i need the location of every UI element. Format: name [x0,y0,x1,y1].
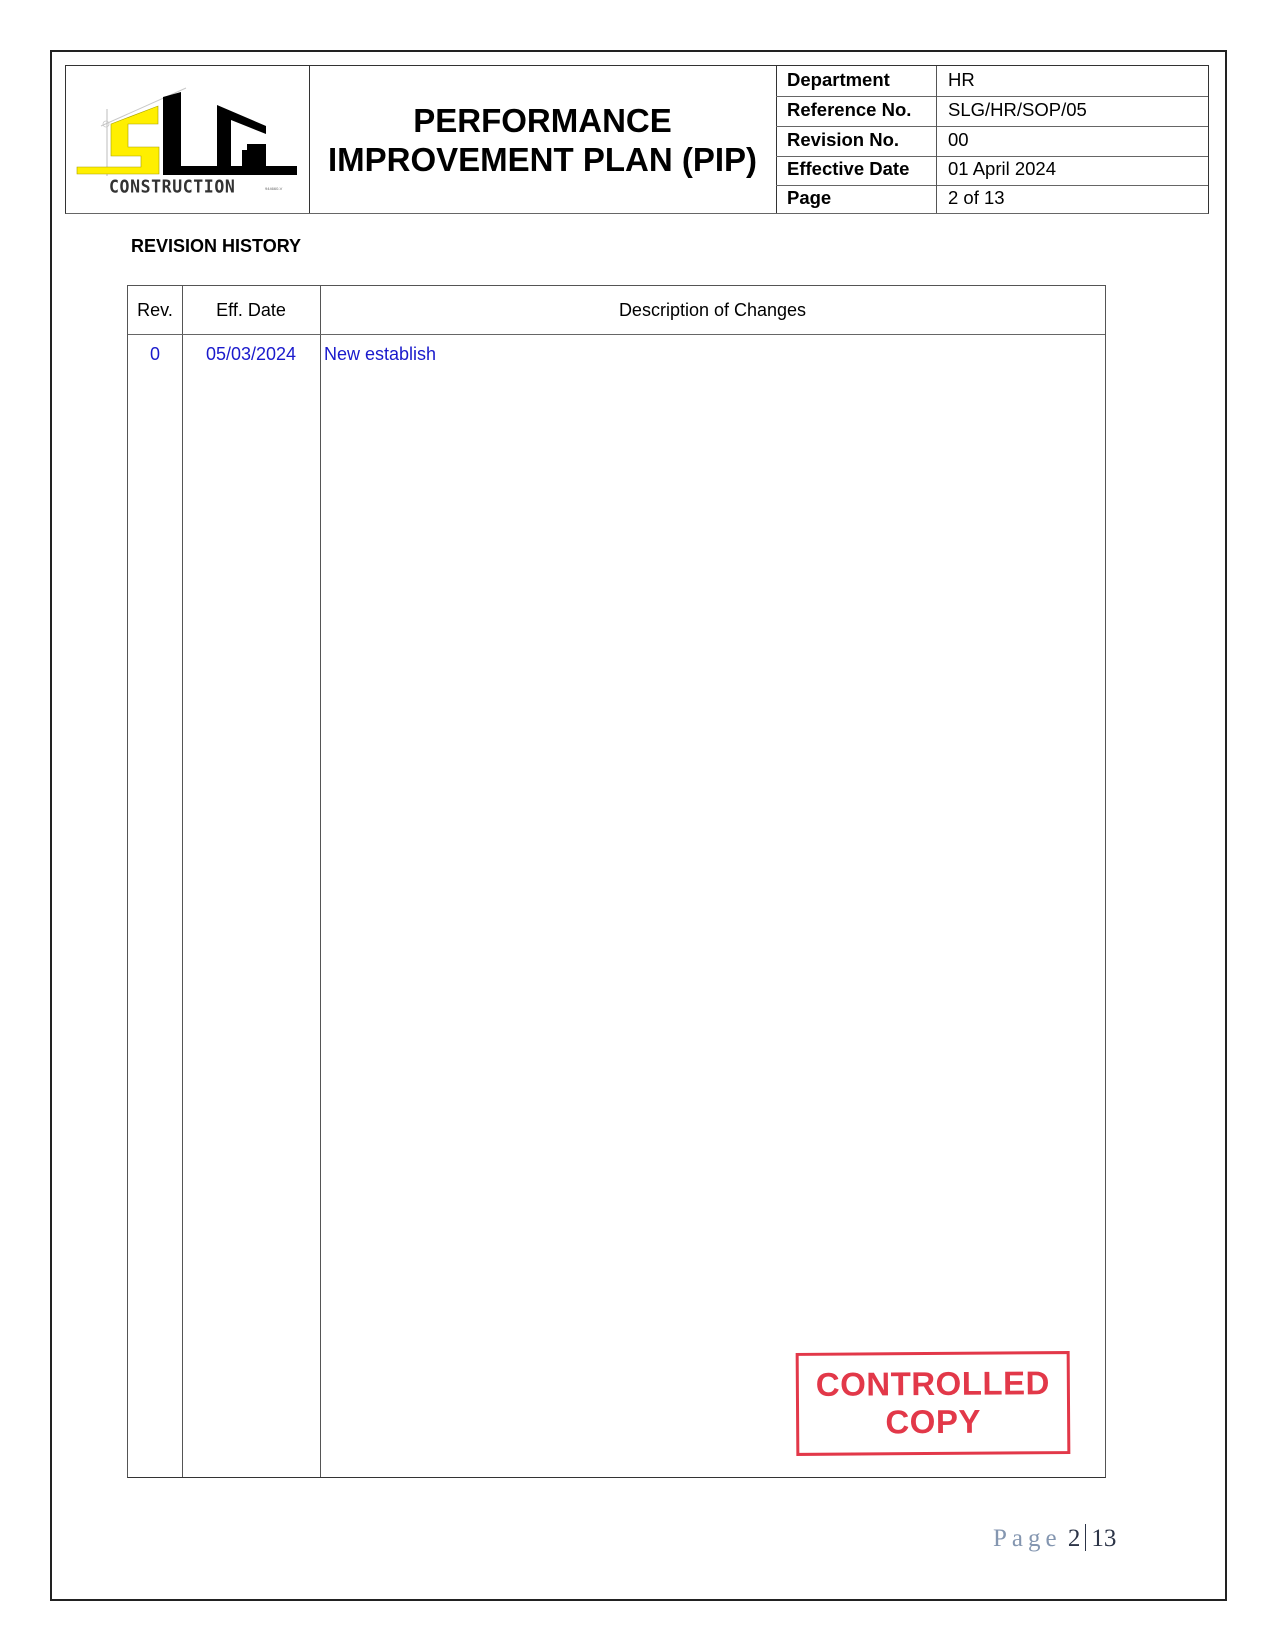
stamp-line-1: CONTROLLED [799,1364,1067,1404]
footer-current-page: 2 [1068,1525,1081,1552]
meta-row-reference-no: Reference No. SLG/HR/SOP/05 [776,96,1208,127]
meta-label: Reference No. [776,96,937,126]
revision-history-table: Rev. Eff. Date Description of Changes 0 … [127,285,1106,1478]
meta-value: HR [937,66,1208,96]
stamp-line-2: COPY [799,1402,1067,1442]
meta-value: 01 April 2024 [937,155,1208,185]
meta-value: 00 [937,126,1208,156]
page-footer: Page 213 [993,1524,1116,1553]
footer-page-label: Page [993,1525,1062,1552]
meta-value: SLG/HR/SOP/05 [937,96,1208,126]
document-title-line-1: PERFORMANCE [328,101,757,140]
logo-wordmark: CONSTRUCTION [109,177,235,197]
column-divider [320,286,321,1477]
meta-value: 2 of 13 [937,184,1208,213]
column-header-eff-date: Eff. Date [182,286,320,334]
meta-row-revision-no: Revision No. 00 [776,126,1208,157]
controlled-copy-stamp: CONTROLLED COPY [796,1351,1071,1456]
table-cell-rev: 0 [128,342,182,366]
table-cell-eff-date: 05/03/2024 [182,342,320,366]
meta-label: Department [776,66,937,96]
document-header: CONSTRUCTION 944660-V PERFORMANCE IMPROV… [65,65,1209,214]
meta-row-page: Page 2 of 13 [776,184,1208,213]
footer-total-pages: 13 [1091,1525,1116,1552]
document-title-cell: PERFORMANCE IMPROVEMENT PLAN (PIP) [309,66,777,213]
meta-label: Revision No. [776,126,937,156]
column-divider [182,286,183,1477]
meta-label: Effective Date [776,155,937,185]
revision-history-heading: REVISION HISTORY [131,236,301,257]
document-meta-table: Department HR Reference No. SLG/HR/SOP/0… [776,66,1208,213]
meta-row-effective-date: Effective Date 01 April 2024 [776,155,1208,186]
header-row-divider [128,334,1105,335]
logo-registration-number: 944660-V [265,186,282,191]
document-title-line-2: IMPROVEMENT PLAN (PIP) [328,140,757,179]
company-logo-cell: CONSTRUCTION 944660-V [66,66,310,213]
meta-row-department: Department HR [776,66,1208,97]
column-header-description: Description of Changes [320,286,1105,334]
table-cell-description: New establish [324,342,436,366]
meta-label: Page [776,184,937,213]
column-header-rev: Rev. [128,286,182,334]
footer-separator [1085,1524,1086,1551]
